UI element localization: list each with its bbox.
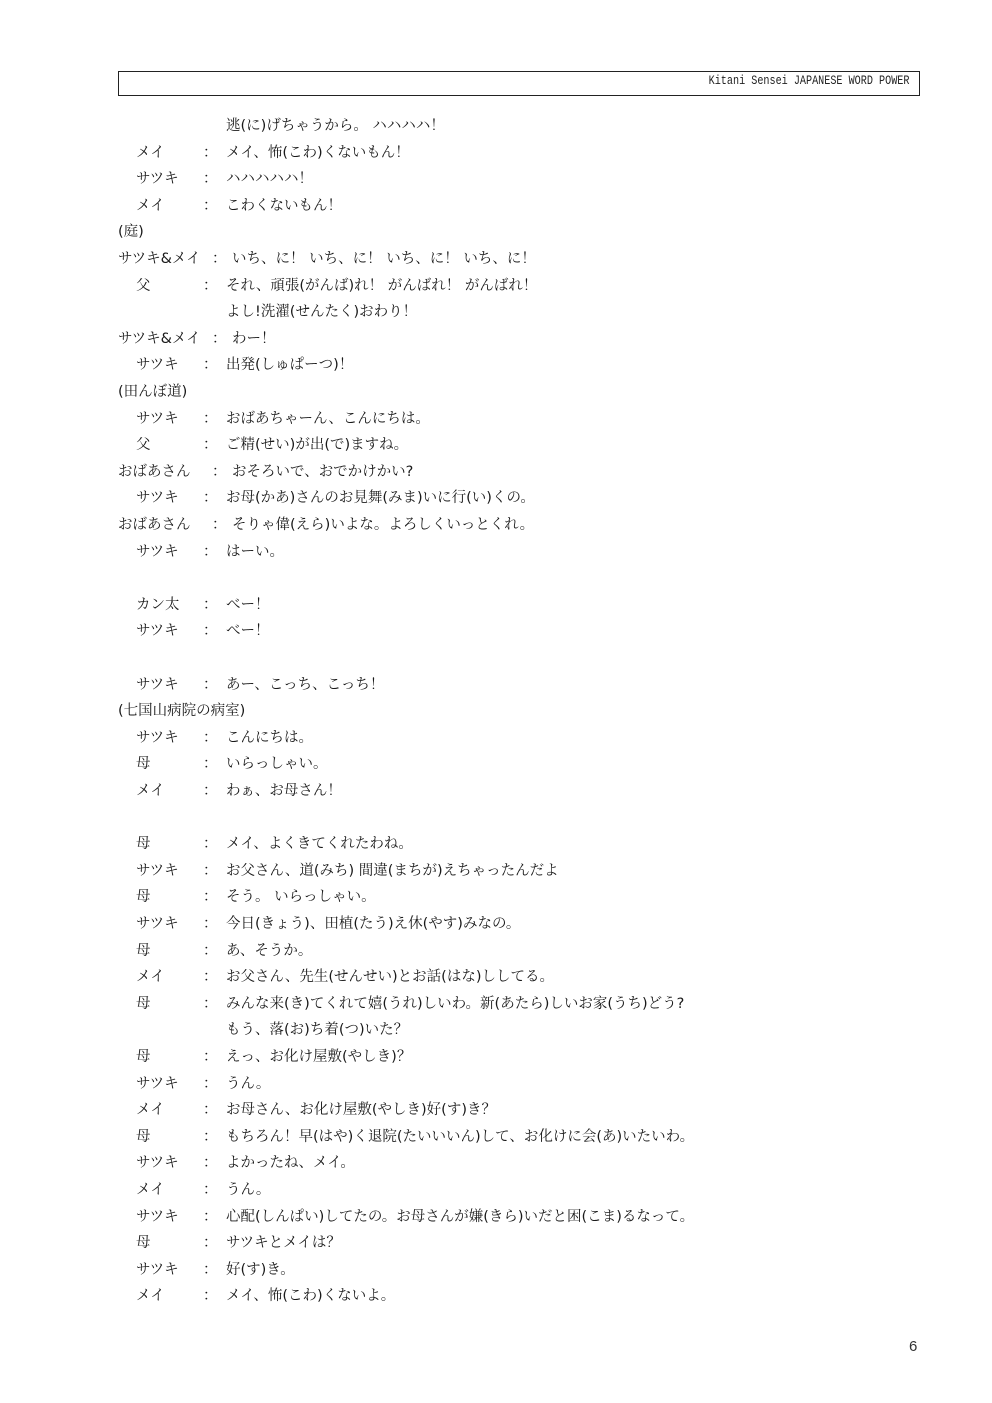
colon-separator: ： xyxy=(212,514,227,536)
colon-separator: ： xyxy=(203,1073,218,1095)
colon-separator: ： xyxy=(203,727,218,749)
colon-separator: ： xyxy=(203,168,218,190)
dialogue-text: わー！ xyxy=(232,328,276,350)
colon-separator: ： xyxy=(203,993,218,1015)
colon-separator: ： xyxy=(203,1259,218,1281)
colon-separator: ： xyxy=(203,142,218,164)
speaker-name: サツキ xyxy=(136,727,179,749)
speaker-name: メイ xyxy=(136,1099,165,1121)
colon-separator: ： xyxy=(203,833,218,855)
dialogue-text: そりゃ偉(えら)いよな。よろしくいっとくれ。 xyxy=(232,514,534,536)
colon-separator: ： xyxy=(203,780,218,802)
speaker-name: 母 xyxy=(136,753,151,775)
colon-separator: ： xyxy=(203,408,218,430)
speaker-name: 母 xyxy=(136,940,151,962)
colon-separator: ： xyxy=(203,1206,218,1228)
dialogue-text: メイ、怖(こわ)くないよ。 xyxy=(226,1285,395,1307)
colon-separator: ： xyxy=(203,860,218,882)
dialogue-text: ご精(せい)が出(で)ますね。 xyxy=(226,434,408,456)
colon-separator: ： xyxy=(203,966,218,988)
speaker-name: サツキ xyxy=(136,541,179,563)
colon-separator: ： xyxy=(203,674,218,696)
dialogue-text: 今日(きょう)、田植(たう)え休(やす)みなの。 xyxy=(226,913,520,935)
dialogue-text: 出発(しゅぱーつ)！ xyxy=(226,354,353,376)
speaker-name: サツキ xyxy=(136,860,179,882)
speaker-name: サツキ xyxy=(136,620,179,642)
speaker-name: サツキ xyxy=(136,408,179,430)
dialogue-text: お父さん、先生(せんせい)とお話(はな)ししてる。 xyxy=(226,966,554,988)
dialogue-text: こわくないもん！ xyxy=(226,195,342,217)
colon-separator: ： xyxy=(203,195,218,217)
colon-separator: ： xyxy=(203,1285,218,1307)
colon-separator: ： xyxy=(203,541,218,563)
colon-separator: ： xyxy=(203,886,218,908)
speaker-name: メイ xyxy=(136,1179,165,1201)
page-number: 6 xyxy=(909,1338,917,1355)
colon-separator: ： xyxy=(203,940,218,962)
dialogue-text: 逃(に)げちゃうから。 ハハハハ！ xyxy=(226,115,445,137)
speaker-name: サツキ xyxy=(136,674,179,696)
dialogue-text: よし!洗濯(せんたく)おわり！ xyxy=(226,301,417,323)
dialogue-text: べー！ xyxy=(226,620,270,642)
dialogue-text: あー、こっち、こっち！ xyxy=(226,674,384,696)
scene-text: (七国山病院の病室) xyxy=(118,700,245,722)
dialogue-text: うん。 xyxy=(226,1179,270,1201)
speaker-name: 母 xyxy=(136,1126,151,1148)
speaker-name: サツキ xyxy=(136,1152,179,1174)
speaker-name: おばあさん xyxy=(118,461,191,483)
scene-text: (庭) xyxy=(118,221,144,243)
colon-separator: ： xyxy=(203,1046,218,1068)
scene-text: (田んぼ道) xyxy=(118,381,187,403)
dialogue-text: もう、落(お)ち着(つ)いた？ xyxy=(226,1019,408,1041)
speaker-name: メイ xyxy=(136,142,165,164)
speaker-name: メイ xyxy=(136,780,165,802)
dialogue-text: お父さん、道(みち) 間違(まちが)えちゃったんだよ xyxy=(226,860,559,882)
colon-separator: ： xyxy=(203,1232,218,1254)
colon-separator: ： xyxy=(212,461,227,483)
speaker-name: サツキ xyxy=(136,487,179,509)
dialogue-text: 好(す)き。 xyxy=(226,1259,295,1281)
dialogue-text: 心配(しんぱい)してたの。お母さんが嫌(きら)いだと困(こま)るなって。 xyxy=(226,1206,694,1228)
speaker-name: 母 xyxy=(136,886,151,908)
dialogue-text: おそろいで、おでかけかい? xyxy=(232,461,413,483)
dialogue-text: いち、に！ いち、に！ いち、に！ いち、に！ xyxy=(232,248,536,270)
colon-separator: ： xyxy=(212,328,227,350)
dialogue-text: わぁ、お母さん！ xyxy=(226,780,342,802)
dialogue-text: そう。 いらっしゃい。 xyxy=(226,886,376,908)
colon-separator: ： xyxy=(203,434,218,456)
dialogue-text: メイ、怖(こわ)くないもん！ xyxy=(226,142,410,164)
colon-separator: ： xyxy=(203,913,218,935)
speaker-name: サツキ&メイ xyxy=(118,248,201,270)
dialogue-text: よかったね、メイ。 xyxy=(226,1152,355,1174)
page-header: Kitani Sensei JAPANESE WORD POWER xyxy=(118,71,920,96)
speaker-name: サツキ xyxy=(136,168,179,190)
dialogue-text: えっ、お化け屋敷(やしき)？ xyxy=(226,1046,411,1068)
dialogue-text: それ、頑張(がんば)れ！ がんばれ！ がんばれ！ xyxy=(226,275,537,297)
dialogue-text: もちろん！早(はや)く退院(たいいいん)して、お化けに会(あ)いたいわ。 xyxy=(226,1126,694,1148)
colon-separator: ： xyxy=(203,753,218,775)
dialogue-text: べー！ xyxy=(226,594,270,616)
colon-separator: ： xyxy=(203,354,218,376)
speaker-name: メイ xyxy=(136,966,165,988)
dialogue-text: サツキとメイは？ xyxy=(226,1232,341,1254)
speaker-name: サツキ xyxy=(136,1259,179,1281)
speaker-name: サツキ&メイ xyxy=(118,328,201,350)
dialogue-text: お母さん、お化け屋敷(やしき)好(す)き？ xyxy=(226,1099,496,1121)
dialogue-text: あ、そうか。 xyxy=(226,940,312,962)
speaker-name: おばあさん xyxy=(118,514,191,536)
dialogue-text: おばあちゃーん、こんにちは。 xyxy=(226,408,430,430)
colon-separator: ： xyxy=(203,620,218,642)
speaker-name: サツキ xyxy=(136,354,179,376)
colon-separator: ： xyxy=(203,1152,218,1174)
dialogue-text: メイ、よくきてくれたわね。 xyxy=(226,833,413,855)
colon-separator: ： xyxy=(203,487,218,509)
speaker-name: サツキ xyxy=(136,1073,179,1095)
colon-separator: ： xyxy=(203,1179,218,1201)
speaker-name: 母 xyxy=(136,1232,151,1254)
speaker-name: サツキ xyxy=(136,913,179,935)
dialogue-text: みんな来(き)てくれて嬉(うれ)しいわ。新(あたら)しいお家(うち)どう? xyxy=(226,993,684,1015)
speaker-name: メイ xyxy=(136,195,165,217)
dialogue-text: ハハハハハ！ xyxy=(226,168,313,190)
speaker-name: 母 xyxy=(136,1046,151,1068)
colon-separator: ： xyxy=(203,594,218,616)
dialogue-text: はーい。 xyxy=(226,541,284,563)
speaker-name: 父 xyxy=(136,434,151,456)
speaker-name: 父 xyxy=(136,275,151,297)
speaker-name: 母 xyxy=(136,993,151,1015)
colon-separator: ： xyxy=(212,248,227,270)
colon-separator: ： xyxy=(203,275,218,297)
speaker-name: カン太 xyxy=(136,594,180,616)
header-title: Kitani Sensei JAPANESE WORD POWER xyxy=(708,73,909,88)
speaker-name: サツキ xyxy=(136,1206,179,1228)
dialogue-text: こんにちは。 xyxy=(226,727,313,749)
speaker-name: 母 xyxy=(136,833,151,855)
dialogue-text: うん。 xyxy=(226,1073,270,1095)
dialogue-text: お母(かあ)さんのお見舞(みま)いに行(い)くの。 xyxy=(226,487,535,509)
speaker-name: メイ xyxy=(136,1285,165,1307)
dialogue-text: いらっしゃい。 xyxy=(226,753,328,775)
colon-separator: ： xyxy=(203,1099,218,1121)
colon-separator: ： xyxy=(203,1126,218,1148)
